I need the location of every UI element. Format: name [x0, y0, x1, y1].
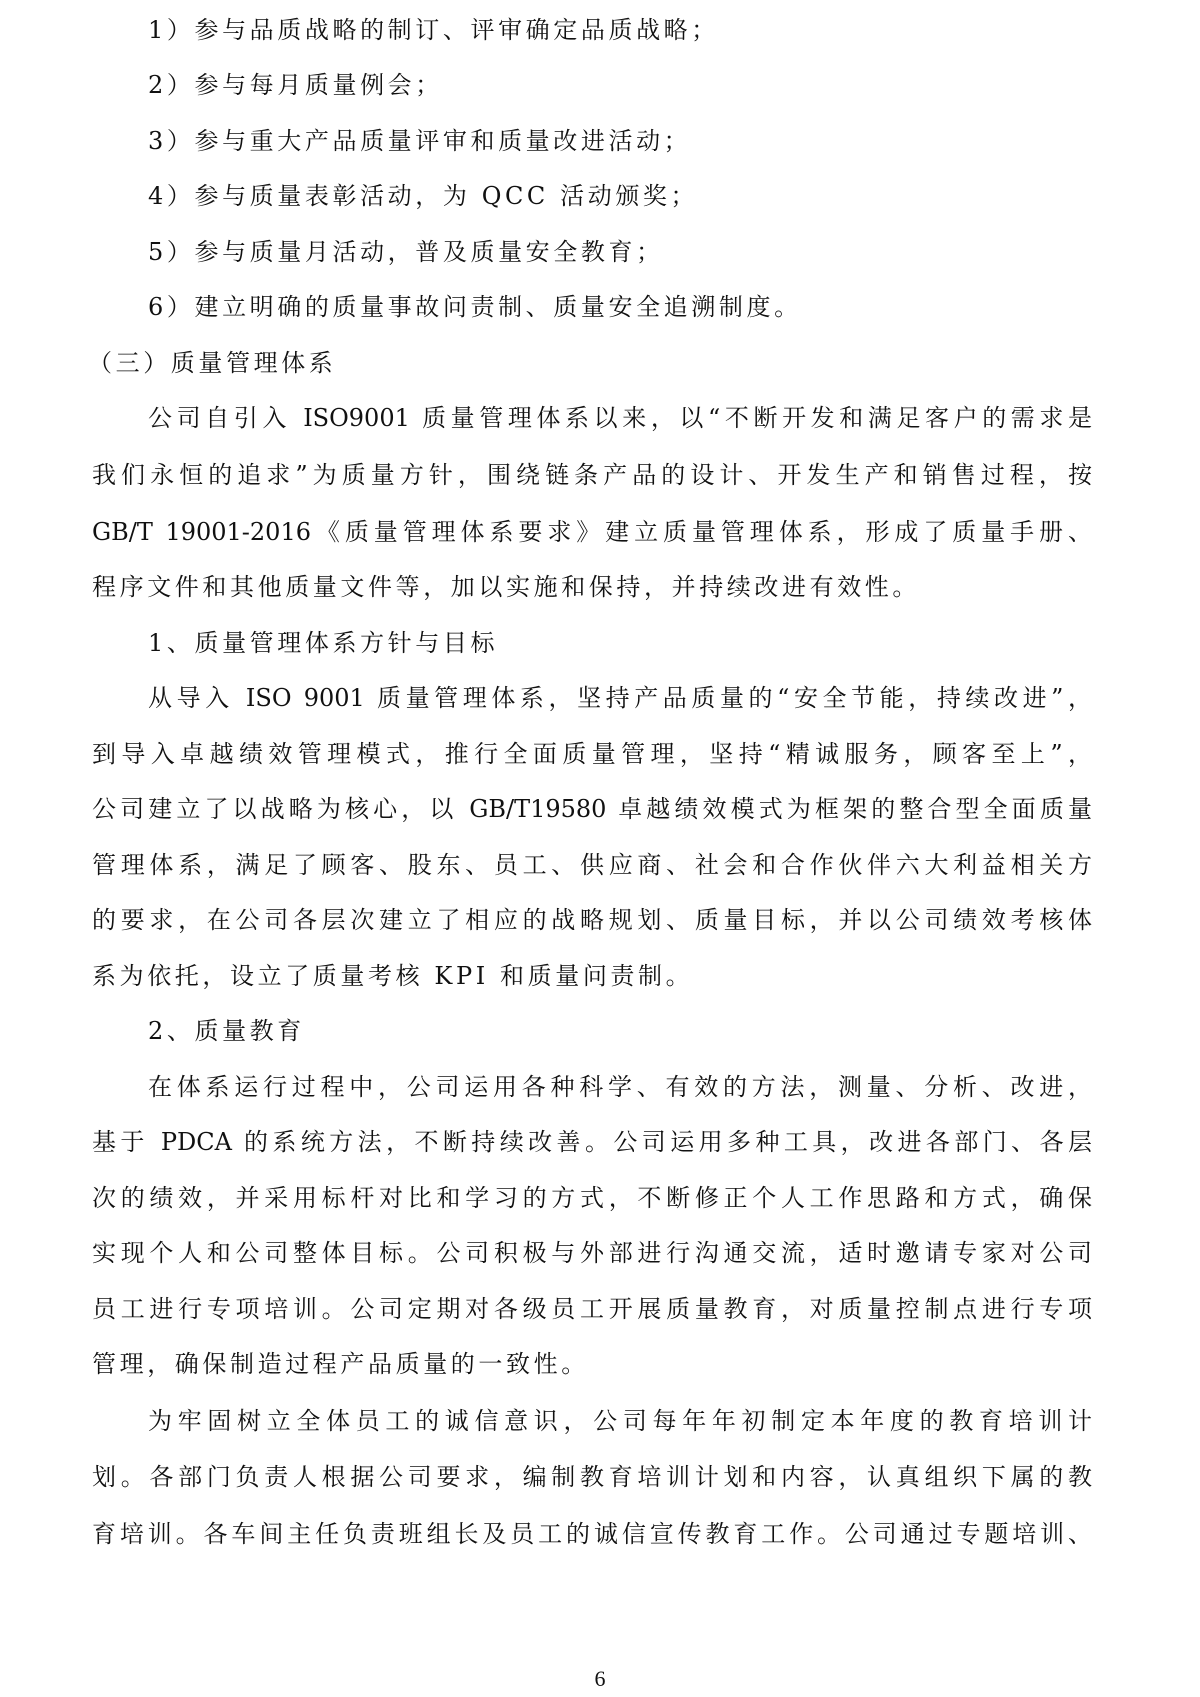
paragraph-line: 程序文件和其他质量文件等，加以实施和保持，并持续改进有效性。 — [92, 570, 1092, 604]
paragraph-line: 在体系运行过程中，公司运用各种科学、有效的方法，测量、分析、改进， — [148, 1070, 1092, 1104]
paragraph-line: 育培训。各车间主任负责班组长及员工的诚信宣传教育工作。公司通过专题培训、 — [92, 1517, 1092, 1551]
list-item: 2）参与每月质量例会； — [148, 68, 1092, 102]
list-item: 5）参与质量月活动，普及质量安全教育； — [148, 235, 1092, 269]
page-number: 6 — [0, 1664, 1200, 1694]
section-heading: 2、质量教育 — [148, 1014, 1092, 1048]
paragraph-line: 的要求，在公司各层次建立了相应的战略规划、质量目标，并以公司绩效考核体 — [92, 903, 1092, 937]
section-heading: 1、质量管理体系方针与目标 — [148, 626, 1092, 660]
section-heading: （三）质量管理体系 — [88, 346, 1088, 380]
list-item: 3）参与重大产品质量评审和质量改进活动； — [148, 124, 1092, 158]
paragraph-line: 为牢固树立全体员工的诚信意识，公司每年年初制定本年度的教育培训计 — [148, 1404, 1092, 1438]
list-item: 4）参与质量表彰活动，为 QCC 活动颁奖； — [148, 179, 1092, 213]
paragraph-line: GB/T 19001-2016《质量管理体系要求》建立质量管理体系，形成了质量手… — [92, 515, 1092, 549]
paragraph-line: 公司建立了以战略为核心，以 GB/T19580 卓越绩效模式为框架的整合型全面质… — [92, 792, 1092, 826]
paragraph-line: 管理体系，满足了顾客、股东、员工、供应商、社会和合作伙伴六大利益相关方 — [92, 848, 1092, 882]
paragraph-line: 次的绩效，并采用标杆对比和学习的方式，不断修正个人工作思路和方式，确保 — [92, 1181, 1092, 1215]
paragraph-line: 我们永恒的追求”为质量方针，围绕链条产品的设计、开发生产和销售过程，按 — [92, 458, 1092, 492]
paragraph-line: 基于 PDCA 的系统方法，不断持续改善。公司运用多种工具，改进各部门、各层 — [92, 1125, 1092, 1159]
paragraph-line: 公司自引入 ISO9001 质量管理体系以来，以“不断开发和满足客户的需求是 — [148, 401, 1092, 435]
paragraph-line: 到导入卓越绩效管理模式，推行全面质量管理，坚持“精诚服务，顾客至上”， — [92, 737, 1092, 771]
paragraph-line: 系为依托，设立了质量考核 KPI 和质量问责制。 — [92, 959, 1092, 993]
paragraph-line: 员工进行专项培训。公司定期对各级员工开展质量教育，对质量控制点进行专项 — [92, 1292, 1092, 1326]
list-item: 6）建立明确的质量事故问责制、质量安全追溯制度。 — [148, 290, 1092, 324]
paragraph-line: 从导入 ISO 9001 质量管理体系，坚持产品质量的“安全节能，持续改进”， — [148, 681, 1092, 715]
list-item: 1）参与品质战略的制订、评审确定品质战略； — [148, 13, 1092, 47]
paragraph-line: 管理，确保制造过程产品质量的一致性。 — [92, 1347, 1092, 1381]
paragraph-line: 实现个人和公司整体目标。公司积极与外部进行沟通交流，适时邀请专家对公司 — [92, 1236, 1092, 1270]
paragraph-line: 划。各部门负责人根据公司要求，编制教育培训计划和内容，认真组织下属的教 — [92, 1460, 1092, 1494]
